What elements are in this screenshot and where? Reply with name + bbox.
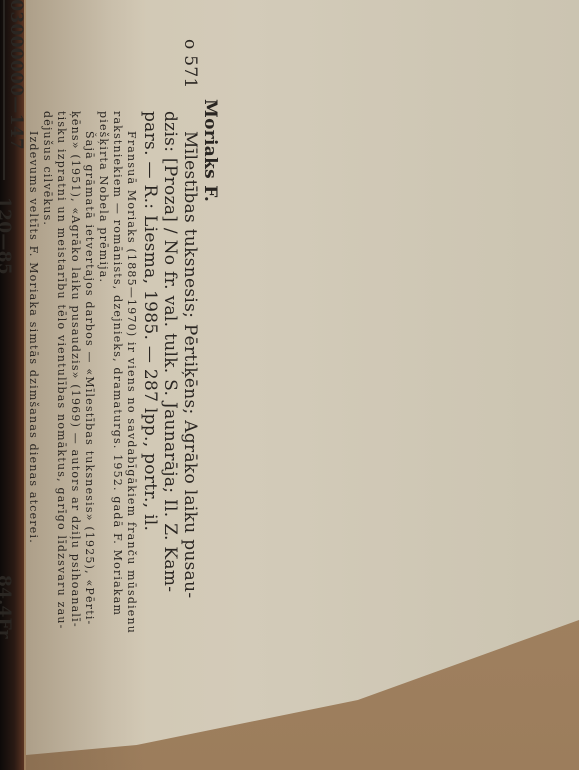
fraction-top: 4703000000—147: [6, 0, 26, 150]
author-heading: Moriaks F.: [200, 99, 220, 202]
annotation-line-3: piešķirta Nobela prēmija.: [97, 111, 110, 283]
annotation-line-2: rakstniekiem — romānists, dzejnieks, dra…: [111, 111, 124, 616]
fraction-rule: [3, 0, 5, 180]
annotation-line-4: Šajā grāmatā ietvertajos darbos — «Mīles…: [83, 131, 96, 625]
title-line-3: pars. — R.: Liesma, 1985. — 287 lpp., po…: [140, 111, 160, 531]
fraction-bottom: M803(11)—85: [0, 0, 2, 113]
classification-code: 84.4Fr: [0, 575, 14, 639]
annotation-line-1: Fransuā Moriaks (1885—1970) ir viens no …: [125, 131, 138, 634]
index-number: o 571: [180, 39, 200, 89]
annotation-line-5: ķēns» (1951), «Agrāko laiku pusaudzis» (…: [69, 111, 82, 628]
title-line-2: dzis: [Proza] / No fr. val. tulk. S. Jau…: [160, 111, 180, 592]
annotation-line-8: Izdevums veltīts F. Moriaka simtās dzimš…: [27, 131, 40, 544]
order-code: 120—85: [0, 197, 14, 275]
annotation-line-7: dējušus cilvēkus.: [41, 111, 54, 226]
annotation-line-6: tisku izpratni un meistarību tēlo vientu…: [55, 111, 68, 630]
title-line-1: Mīlestības tuksnesis; Pērtiķēns; Agrāko …: [180, 131, 200, 598]
